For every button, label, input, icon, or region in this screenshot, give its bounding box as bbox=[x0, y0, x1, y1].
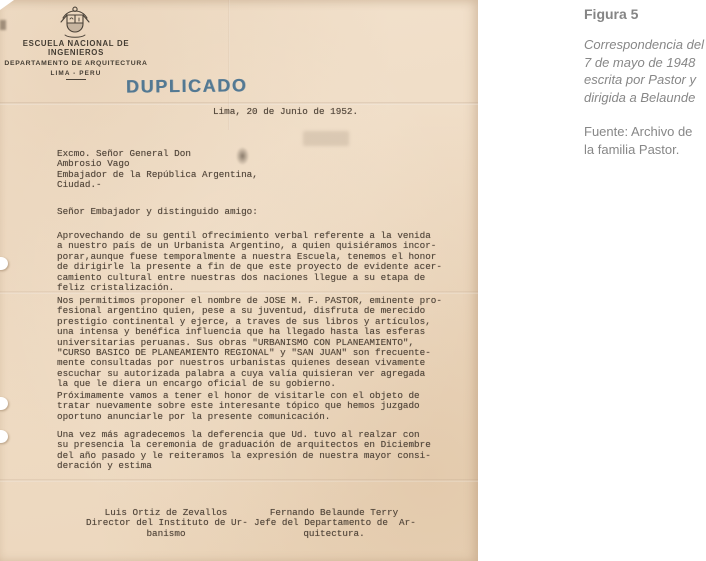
signature-block-left: Luis Ortiz de Zevallos Director del Inst… bbox=[86, 508, 246, 539]
punch-hole bbox=[0, 430, 8, 443]
figure-source: Fuente: Archivo de la familia Pastor. bbox=[584, 123, 706, 158]
punch-hole bbox=[0, 397, 8, 410]
date-line: Lima, 20 de Junio de 1952. bbox=[213, 107, 358, 117]
duplicado-stamp: DUPLICADO bbox=[126, 75, 248, 97]
letterhead: ESCUELA NACIONAL DE INGENIEROS DEPARTAME… bbox=[0, 39, 152, 80]
crease-line bbox=[0, 479, 478, 482]
coat-of-arms-icon bbox=[56, 5, 94, 39]
letter-paragraph-4: Una vez más agradecemos la deferencia qu… bbox=[57, 430, 431, 472]
page: ESCUELA NACIONAL DE INGENIEROS DEPARTAME… bbox=[0, 0, 706, 561]
punch-hole bbox=[0, 257, 8, 270]
signature-block-right: Fernando Belaunde Terry Jefe del Departa… bbox=[254, 508, 414, 539]
signer-title: Director del Instituto de Ur- banismo bbox=[86, 518, 246, 539]
crease-line bbox=[0, 102, 478, 105]
edge-mark bbox=[0, 20, 6, 30]
letterhead-line-2: DEPARTAMENTO DE ARQUITECTURA bbox=[0, 60, 152, 67]
figure-description: Correspondencia del 7 de mayo de 1948 es… bbox=[584, 36, 706, 106]
letterhead-line-1: ESCUELA NACIONAL DE INGENIEROS bbox=[0, 39, 152, 57]
letter-paragraph-1: Aprovechando de su gentil ofrecimiento v… bbox=[57, 231, 442, 293]
letter-paragraph-3: Próximamente vamos a tener el honor de v… bbox=[57, 391, 420, 422]
signer-title: Jefe del Departamento de Ar- quitectura. bbox=[254, 518, 414, 539]
torn-corner bbox=[0, 0, 14, 10]
letter-scan: ESCUELA NACIONAL DE INGENIEROS DEPARTAME… bbox=[0, 0, 478, 561]
figure-caption: Figura 5 Correspondencia del 7 de mayo d… bbox=[584, 6, 706, 158]
salutation-line: Señor Embajador y distinguido amigo: bbox=[57, 207, 258, 217]
letter-paragraph-2: Nos permitimos proponer el nombre de JOS… bbox=[57, 296, 442, 390]
recipient-block: Excmo. Señor General Don Ambrosio Vago E… bbox=[57, 149, 258, 191]
faded-stamp-mark bbox=[303, 131, 349, 146]
letterhead-rule bbox=[66, 79, 86, 80]
figure-title: Figura 5 bbox=[584, 6, 706, 22]
